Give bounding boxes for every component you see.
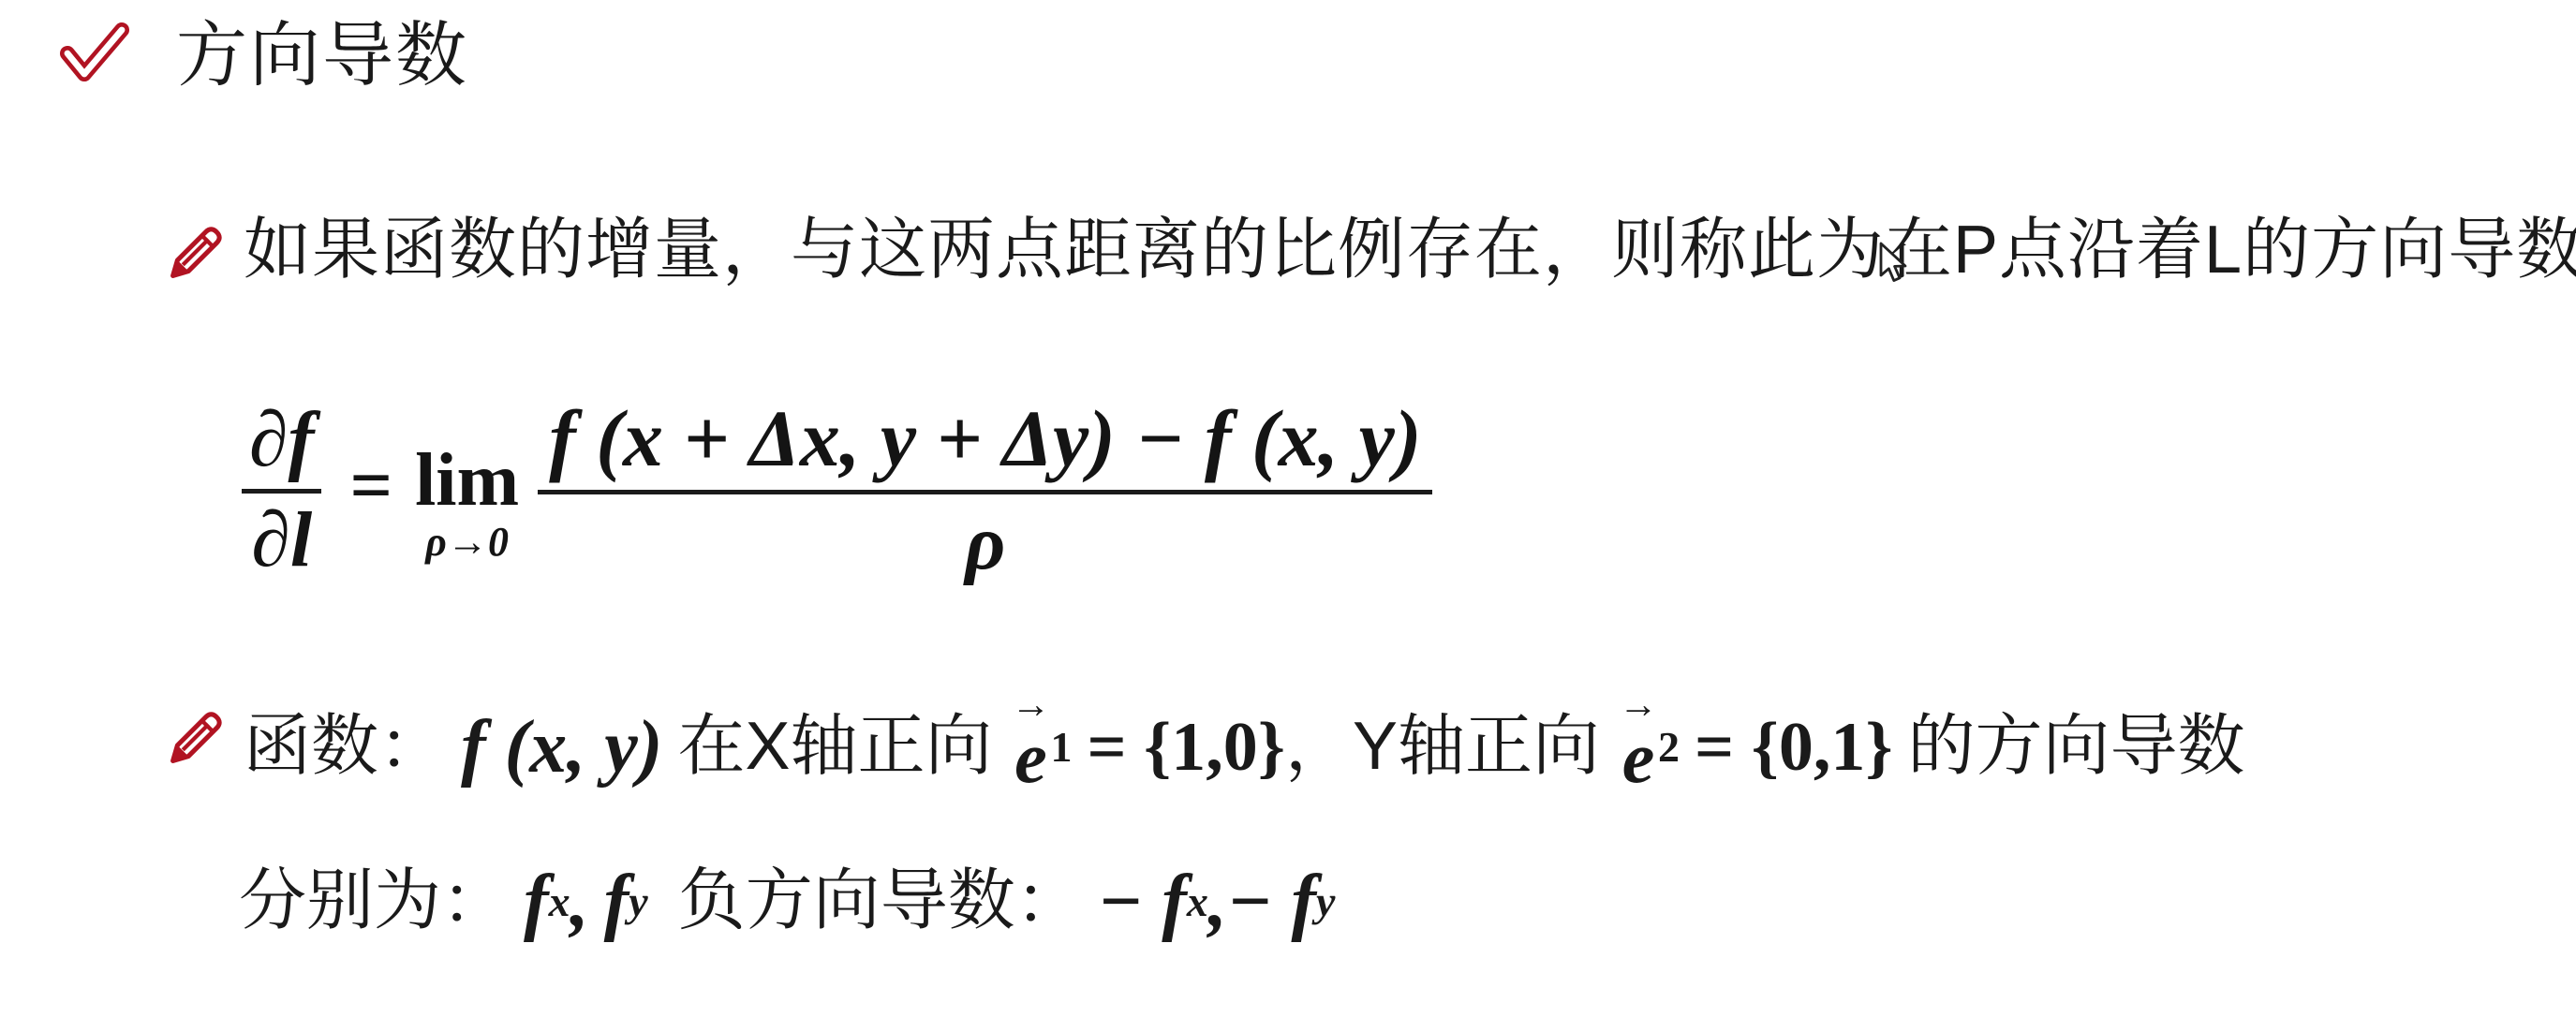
bullet1-row: 如果函数的增量，与这两点距离的比例存在，则称此为在P点沿着L的方向导数 (159, 210, 2576, 295)
line3-mid: 负方向导数： (678, 858, 1083, 946)
equals-sign: = (349, 444, 392, 529)
check-icon (56, 21, 131, 91)
note-page: 方向导数 如果函数的增量，与这两点距离的比例存在，则称此为在P点沿着L的方向导数… (0, 0, 2576, 1032)
vector-subscript: 1 (1050, 726, 1072, 769)
page-title: 方向导数 (176, 17, 468, 96)
rhs-denominator: ρ (965, 494, 1005, 582)
subscript-y: y (629, 880, 647, 923)
partial-fy: f (604, 864, 629, 939)
pencil-icon (159, 708, 225, 780)
subscript-y: y (1316, 880, 1335, 923)
pencil-icon (159, 223, 225, 295)
comma: , (570, 864, 589, 939)
vector-value: = {0,1} (1695, 713, 1893, 782)
directional-derivative-formula: ∂f ∂l = lim ρ→0 f (x + Δx, y + Δy) − f (… (242, 367, 1432, 612)
vector-base: e (1014, 721, 1047, 794)
bullet2-line2: 分别为： f x , f y 负方向导数： − f x , − f y (239, 858, 1335, 946)
subscript-x: x (549, 880, 570, 923)
limit-label: lim (415, 447, 519, 514)
function-notation: f (x, y) (461, 710, 662, 785)
lhs-denominator: ∂l (244, 494, 319, 580)
bullet2-mid1: 在X轴正向 (677, 703, 992, 791)
unit-vector-e1: → e (1011, 689, 1050, 794)
bullet2-mid2: Y轴正向 (1353, 703, 1600, 791)
lhs-numerator: ∂f (242, 401, 321, 489)
bullet1-text: 如果函数的增量，与这两点距离的比例存在，则称此为在P点沿着L的方向导数 (244, 210, 2576, 290)
comma-negative-fy: , (1208, 864, 1227, 939)
partial-fx: f (524, 864, 549, 939)
bullet2-row: 函数： f (x, y) 在X轴正向 → e 1 = {1,0} ， Y轴正向 … (159, 695, 2245, 800)
bullet2-text: 函数： f (x, y) 在X轴正向 → e 1 = {1,0} ， Y轴正向 … (244, 695, 2245, 800)
vector-value: = {1,0} (1087, 713, 1285, 782)
bullet2-separator: ， (1285, 703, 1353, 791)
unit-vector-e2: → e (1619, 689, 1658, 794)
mouse-cursor-icon (1877, 242, 1913, 293)
lhs-fraction: ∂f ∂l (242, 401, 321, 580)
negative-fx: − f (1098, 864, 1187, 939)
bullet2-prefix: 函数： (244, 703, 446, 791)
rhs-numerator: f (x + Δx, y + Δy) − f (x, y) (538, 398, 1432, 490)
bullet2-suffix: 的方向导数 (1908, 703, 2245, 791)
title-row: 方向导数 (56, 17, 468, 96)
negative-fy: − f (1227, 864, 1316, 939)
rhs-fraction: f (x + Δx, y + Δy) − f (x, y) ρ (538, 398, 1432, 582)
limit-subscript: ρ→0 (425, 522, 509, 563)
line3-prefix: 分别为： (239, 858, 509, 946)
vector-base: e (1622, 721, 1655, 794)
vector-subscript: 2 (1658, 726, 1680, 769)
subscript-x: x (1187, 880, 1208, 923)
limit-operator: lim ρ→0 (415, 447, 519, 563)
